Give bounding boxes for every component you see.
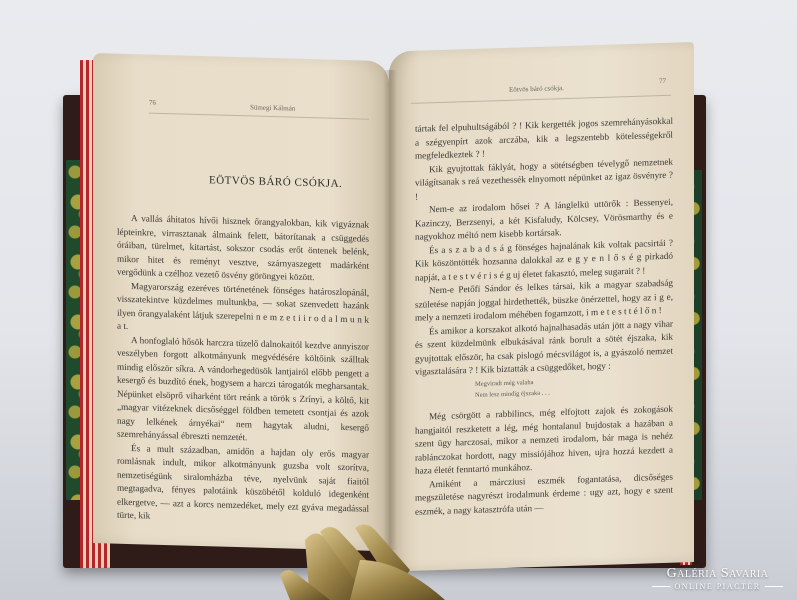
verse: Megviradt még valaha Nem lesz mindig éjs… — [475, 377, 550, 401]
watermark-sub-text: ONLINE PIACTÉR — [674, 582, 760, 591]
paragraph: És a mult században, amidőn a hajdan oly… — [117, 441, 369, 529]
right-page-body-bottom: Még csörgött a rabbilincs, még elfojtott… — [415, 403, 673, 519]
divider — [652, 586, 670, 587]
header-rule-left — [149, 113, 369, 120]
book-photo: 76 Sümegi Kálmán EÖTVÖS BÁRÓ CSÓKJA. A v… — [0, 0, 797, 600]
paragraph: A vallás áhitatos hívői hisznek őrangyal… — [117, 212, 369, 287]
divider — [765, 586, 783, 587]
page-number-left: 76 — [149, 99, 156, 107]
left-page: 76 Sümegi Kálmán EÖTVÖS BÁRÓ CSÓKJA. A v… — [93, 53, 389, 551]
book-gutter — [383, 70, 397, 550]
page-number-right: 77 — [659, 77, 666, 85]
right-page-body-top: tártak fel elpuhultságából ? ! Kik kerge… — [415, 115, 673, 380]
paragraph: Még csörgött a rabbilincs, még elfojtott… — [415, 403, 673, 479]
chapter-title: EÖTVÖS BÁRÓ CSÓKJA. — [209, 174, 342, 190]
paragraph: Amiként a márcziusi eszmék fogantatása, … — [415, 470, 673, 519]
paragraph: Magyarország ezeréves történetének fönsé… — [117, 279, 369, 340]
left-page-body: A vallás áhitatos hívői hisznek őrangyal… — [117, 212, 369, 530]
watermark-subtitle: ONLINE PIACTÉR — [645, 582, 790, 591]
paragraph: A honfoglaló hősök harczra tüzelő dalnok… — [117, 333, 369, 448]
right-page: Eötvös báró csókja. 77 tártak fel elpuhu… — [389, 42, 694, 572]
running-head-left: Sümegi Kálmán — [250, 103, 295, 112]
watermark: Galéria Savaria ONLINE PIACTÉR — [645, 566, 790, 591]
running-head-right: Eötvös báró csókja. — [509, 84, 564, 94]
header-rule-right — [411, 95, 671, 104]
paragraph: És amikor a korszakot alkotó hajnalhasad… — [415, 317, 673, 379]
brass-hand-icon — [270, 520, 470, 600]
verse-line: Nem lesz mindig éjszaka . . . — [475, 388, 550, 401]
watermark-brand: Galéria Savaria — [645, 566, 790, 582]
